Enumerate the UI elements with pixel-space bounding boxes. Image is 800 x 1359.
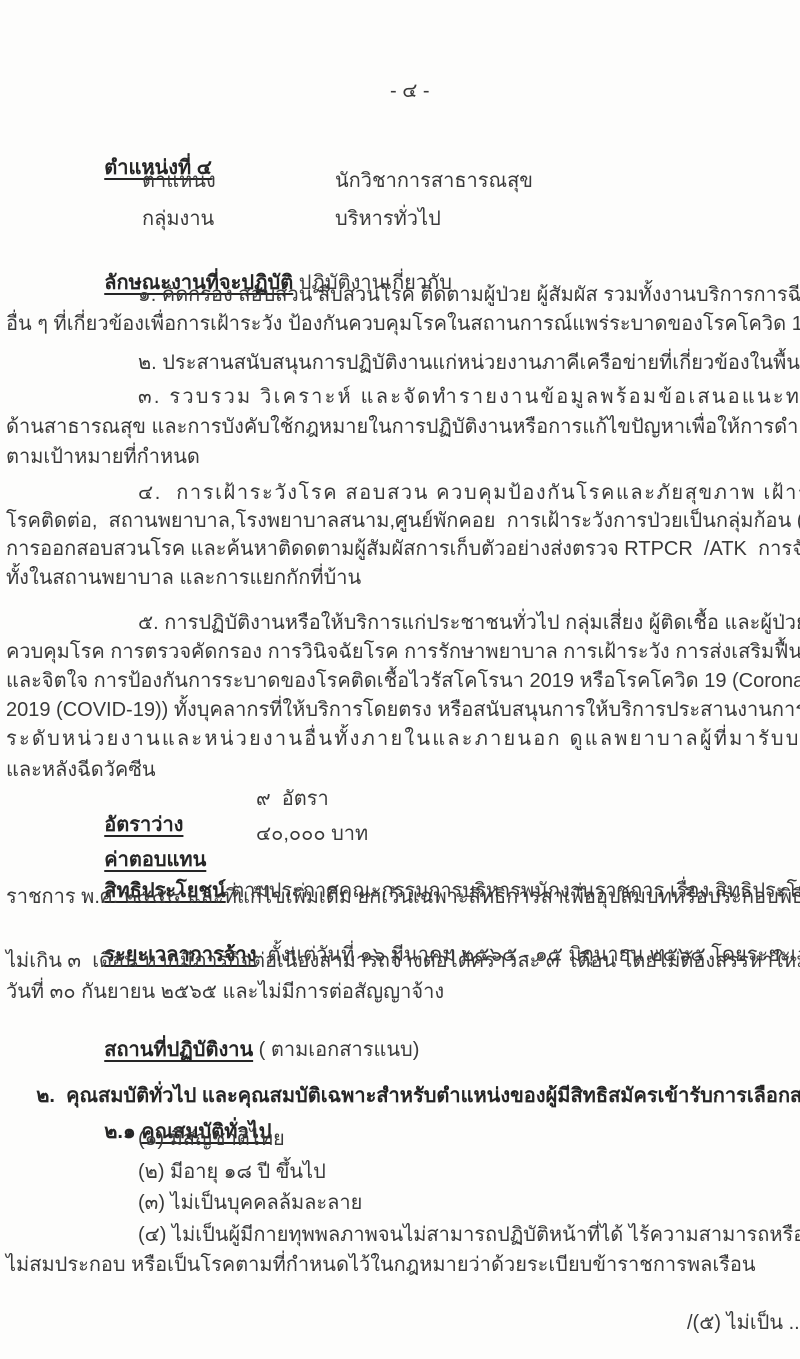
document-page: - ๔ - ตำแหน่งที่ ๔ ตำแหน่ง นักวิชาการสาธ… xyxy=(0,0,800,1359)
field-label-position: ตำแหน่ง xyxy=(142,168,216,194)
qualification-item: (๔) ไม่เป็นผู้มีกายทุพพลภาพจนไม่สามารถปฏ… xyxy=(138,1222,800,1248)
benefits-line-2: ราชการ พ.ศ. ๒๕๕๔ และที่แก้ไขเพิ่มเติม ยก… xyxy=(6,884,800,910)
duty-line: ๒. ประสานสนับสนุนการปฏิบัติงานแก่หน่วยงา… xyxy=(138,350,800,376)
duty-line: 2019 (COVID-19)) ทั้งบุคลากรที่ให้บริการ… xyxy=(6,697,800,723)
qualification-item-continuation: ไม่สมประกอบ หรือเป็นโรคตามที่กำหนดไว้ในก… xyxy=(6,1252,756,1278)
field-value-group: บริหารทั่วไป xyxy=(335,206,441,232)
duty-line: ๔. การเฝ้าระวังโรค สอบสวน ควบคุมป้องกันโ… xyxy=(138,480,800,506)
duty-line: ระดับหน่วยงานและหน่วยงานอื่นทั้งภายในและ… xyxy=(6,726,800,752)
duty-line: อื่น ๆ ที่เกี่ยวข้องเพื่อการเฝ้าระวัง ป้… xyxy=(6,311,800,337)
vacancy-value: ๙ อัตรา xyxy=(256,786,329,812)
duty-line: และหลังฉีดวัคซีน xyxy=(6,757,156,783)
field-label-group: กลุ่มงาน xyxy=(142,206,214,232)
qualifications-sub-number: ๒.๑ xyxy=(104,1121,141,1143)
duty-line: ๕. การปฏิบัติงานหรือให้บริการแก่ประชาชนท… xyxy=(138,610,800,636)
duty-line: ทั้งในสถานพยาบาล และการแยกกักที่บ้าน xyxy=(6,565,361,591)
duty-line: และจิตใจ การป้องกันการระบาดของโรคติดเชื้… xyxy=(6,668,800,694)
duty-line: ควบคุมโรค การตรวจคัดกรอง การวินิจฉัยโรค … xyxy=(6,639,800,665)
continuation-mark: /(๕) ไม่เป็น ... xyxy=(687,1310,800,1336)
qualification-item: (๑) มีสัญชาติไทย xyxy=(138,1126,285,1152)
duty-line: การออกสอบสวนโรค และค้นหาติดดตามผู้สัมผัส… xyxy=(6,536,800,562)
qualification-item: (๓) ไม่เป็นบุคคลล้มละลาย xyxy=(138,1190,362,1216)
duty-line: ๑. คัดกรอง สอบสวน สืบสวนโรค ติดตามผู้ป่ว… xyxy=(138,282,800,308)
page-number: - ๔ - xyxy=(390,78,430,104)
employment-line-2: ไม่เกิน ๓ เดือน หากมีภารกิจต่อเนื่องสามา… xyxy=(6,948,800,974)
duty-line: ด้านสาธารณสุข และการบังคับใช้กฎหมายในการ… xyxy=(6,414,800,440)
compensation-value: ๔๐,๐๐๐ บาท xyxy=(256,821,368,847)
field-value-position: นักวิชาการสาธารณสุข xyxy=(335,168,533,194)
duty-line: โรคติดต่อ, สถานพยาบาล,โรงพยาบาลสนาม,ศูนย… xyxy=(6,508,800,534)
qualification-item: (๒) มีอายุ ๑๘ ปี ขึ้นไป xyxy=(138,1159,326,1185)
duty-line: ๓. รวบรวม วิเคราะห์ และจัดทำรายงานข้อมูล… xyxy=(138,384,800,410)
employment-line-3: วันที่ ๓๐ กันยายน ๒๕๖๕ และไม่มีการต่อสัญ… xyxy=(6,979,444,1005)
duty-line: ตามเป้าหมายที่กำหนด xyxy=(6,444,200,470)
